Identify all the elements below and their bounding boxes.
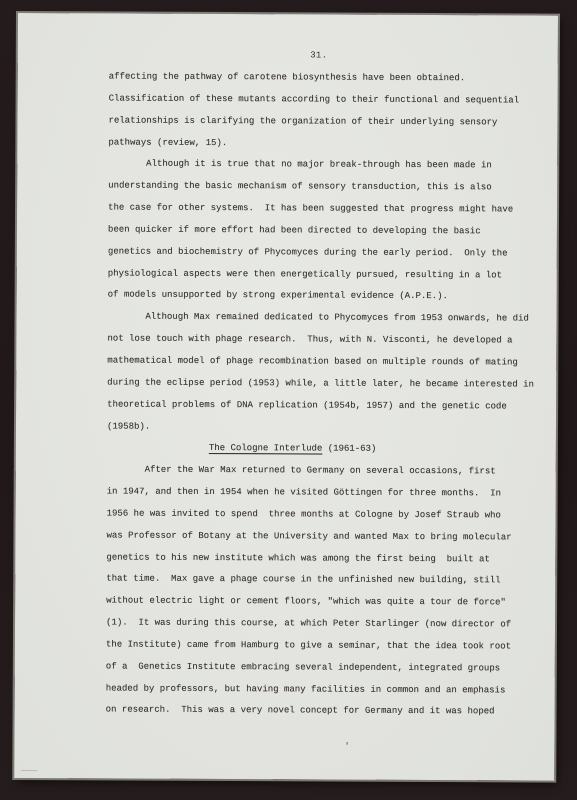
text-line: in 1947, and then in 1954 when he visite…	[107, 481, 552, 505]
text-line: 1956 he was invited to spend three month…	[106, 503, 551, 527]
text-line: Although Max remained dedicated to Phyco…	[107, 307, 552, 331]
section-heading: The Cologne Interlude (1961-63)	[107, 438, 552, 462]
text-line: the Institute) came from Hamburg to give…	[106, 634, 551, 658]
text-line: on research. This was a very novel conce…	[106, 700, 551, 724]
text-line: mathematical model of phage recombinatio…	[107, 350, 552, 374]
text-line: during the eclipse period (1953) while, …	[107, 372, 552, 396]
text-line: theoretical problems of DNA replication …	[107, 394, 552, 418]
text-line: physiological aspects were then energeti…	[108, 263, 553, 287]
text-line: without electric light or cement floors,…	[106, 591, 551, 615]
text-line: genetics and biochemistry of Phycomyces …	[108, 241, 553, 265]
text-line: affecting the pathway of carotene biosyn…	[109, 66, 554, 90]
text-line: of a Genetics Institute embracing severa…	[106, 656, 551, 680]
text-line: not lose touch with phage research. Thus…	[107, 329, 552, 353]
text-line: (1). It was during this course, at which…	[106, 613, 551, 637]
text-line: the case for other systems. It has been …	[108, 198, 553, 222]
text-line: relationships is clarifying the organiza…	[108, 110, 553, 134]
document-page: 31. affecting the pathway of carotene bi…	[14, 13, 558, 781]
section-heading-dates: (1961-63)	[322, 444, 376, 454]
text-line: Although it is true that no major break-…	[108, 154, 553, 178]
text-line: pathways (review, 15).	[108, 132, 553, 156]
text-line: been quicker if more effort had been dir…	[108, 219, 553, 243]
text-line: After the War Max returned to Germany on…	[107, 460, 552, 484]
photo-background: 31. affecting the pathway of carotene bi…	[0, 0, 577, 800]
text-line: headed by professors, but having many fa…	[106, 678, 551, 702]
section-heading-title: The Cologne Interlude	[209, 443, 322, 454]
text-line: genetics to his new institute which was …	[106, 547, 551, 571]
text-line: Classification of these mutants accordin…	[109, 88, 554, 112]
page-text: affecting the pathway of carotene biosyn…	[106, 66, 554, 723]
text-line: (1958b).	[107, 416, 552, 440]
text-line: of models unsupported by strong experime…	[108, 285, 553, 309]
text-line: was Professor of Botany at the Universit…	[106, 525, 551, 549]
page-number: 31.	[109, 48, 529, 62]
stray-ink-mark: '	[344, 741, 349, 753]
text-line: understanding the basic mechanism of sen…	[108, 176, 553, 200]
scan-smudge	[21, 770, 37, 771]
text-line: that time. Max gave a phage course in th…	[106, 569, 551, 593]
